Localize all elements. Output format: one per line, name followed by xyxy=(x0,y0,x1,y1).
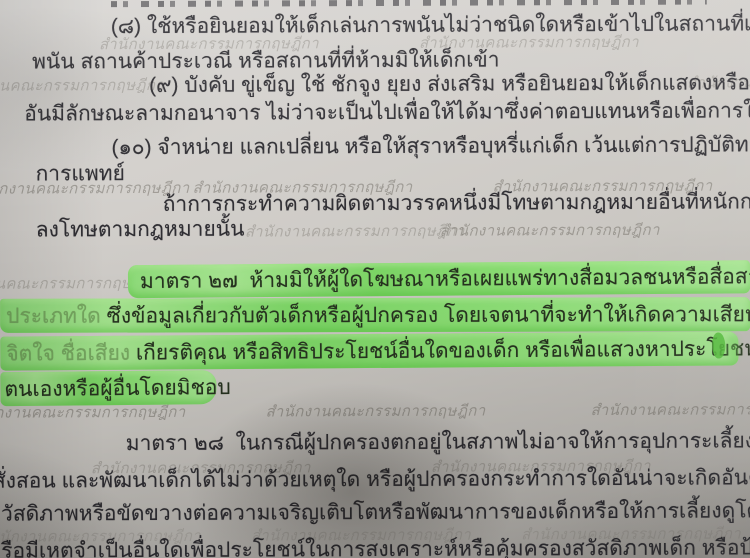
highlighter-mark: ประเภทใด ซึ่งข้อมูลเกี่ยวกับตัวเด็กหรือผ… xyxy=(0,297,750,333)
watermark-text: สำนักงานคณะกรรมการกฤษฎีกา xyxy=(266,399,486,424)
watermark-text: สำนักงานคณะกรรมการกฤษฎีกา xyxy=(591,397,750,422)
watermark-text: สำนักงานคณะกรรมการกฤษฎีกา xyxy=(245,219,465,244)
section-28-line-1: มาตรา ๒๘ ในกรณีผู้ปกครองตกอยู่ในสภาพไม่อ… xyxy=(126,427,750,458)
section-27-text-3: จิตใจ ชื่อเสียง เกียรติคุณ หรือสิทธิประโ… xyxy=(0,331,750,370)
section-28-line-2: สั่งสอน และพัฒนาเด็กได้ไม่ว่าด้วยเหตุใด … xyxy=(0,464,750,496)
section-28-line-3: วัสดิภาพหรือขัดขวางต่อความเจริญเติบโตหรื… xyxy=(1,497,750,529)
highlighter-mark: จิตใจ ชื่อเสียง เกียรติคุณ หรือสิทธิประโ… xyxy=(0,331,738,370)
highlighter-mark: ตนเองหรือผู้อื่นโดยมิชอบ xyxy=(0,370,216,406)
section-27-highlight-line-1: มาตรา ๒๗ ห้ามมิให้ผู้ใดโฆษณาหรือเผยแพร่ท… xyxy=(128,261,750,297)
section-27-text-3b: เกียรติคุณ หรือสิทธิประโยชน์อื่นใดของเด็… xyxy=(130,336,750,364)
section-27-text-4: ตนเองหรือผู้อื่นโดยมิชอบ xyxy=(0,370,231,405)
clause-9-line-1: (๙) บังคับ ขู่เข็ญ ใช้ ชักจูง ยุยง ส่งเส… xyxy=(149,69,750,100)
clause-10-line-1: (๑๐) จำหน่าย แลกเปลี่ยน หรือให้สุราหรือบ… xyxy=(111,131,750,162)
penalty-paragraph-line-2: ลงโทษตามกฎหมายนั้น xyxy=(36,216,245,245)
watermark-text: สำนักงานคณะกรรมการกฤษฎีกา xyxy=(440,218,660,243)
highlighter-mark: มาตรา ๒๗ ห้ามมิให้ผู้ใดโฆษณาหรือเผยแพร่ท… xyxy=(128,260,750,298)
clause-10-line-2: การแพทย์ xyxy=(35,160,124,188)
clause-8-line-1: (๘) ใช้หรือยินยอมให้เด็กเล่นการพนันไม่ว่… xyxy=(111,10,750,41)
clipped-text-line-top xyxy=(111,0,707,7)
document-photo: สำนักงานคณะกรรมการกฤษฎีกา สำนักงานคณะกรร… xyxy=(0,0,750,558)
highlighter-smudge xyxy=(712,332,725,358)
section-27-text-1: มาตรา ๒๗ ห้ามมิให้ผู้ใดโฆษณาหรือเผยแพร่ท… xyxy=(128,260,750,299)
section-27-text-2: ประเภทใด ซึ่งข้อมูลเกี่ยวกับตัวเด็กหรือผ… xyxy=(0,298,750,333)
clause-9-line-2: อันมีลักษณะลามกอนาจาร ไม่ว่าจะเป็นไปเพื่… xyxy=(24,97,750,128)
section-28-line-4: รือมีเหตุจำเป็นอื่นใดเพื่อประโยชน์ในการส… xyxy=(1,534,750,558)
washed-ink-text: จิตใจ ชื่อเสียง xyxy=(6,341,130,365)
section-27-highlight-line-4: ตนเองหรือผู้อื่นโดยมิชอบ xyxy=(0,371,216,406)
section-27-text-2b: ซึ่งข้อมูลเกี่ยวกับตัวเด็กหรือผู้ปกครอง … xyxy=(101,303,750,328)
washed-ink-text: ประเภทใด xyxy=(6,304,101,327)
page-text-layer: สำนักงานคณะกรรมการกฤษฎีกา สำนักงานคณะกรร… xyxy=(0,0,750,558)
penalty-paragraph-line-1: ถ้าการกระทำความผิดตามวรรคหนึ่งมีโทษตามกฎ… xyxy=(163,188,750,219)
section-27-highlight-line-3: จิตใจ ชื่อเสียง เกียรติคุณ หรือสิทธิประโ… xyxy=(0,332,738,369)
section-27-highlight-line-2: ประเภทใด ซึ่งข้อมูลเกี่ยวกับตัวเด็กหรือผ… xyxy=(0,296,750,333)
watermark-text: สำนักงานคณะกรรมการกฤษฎีกา xyxy=(0,73,164,98)
